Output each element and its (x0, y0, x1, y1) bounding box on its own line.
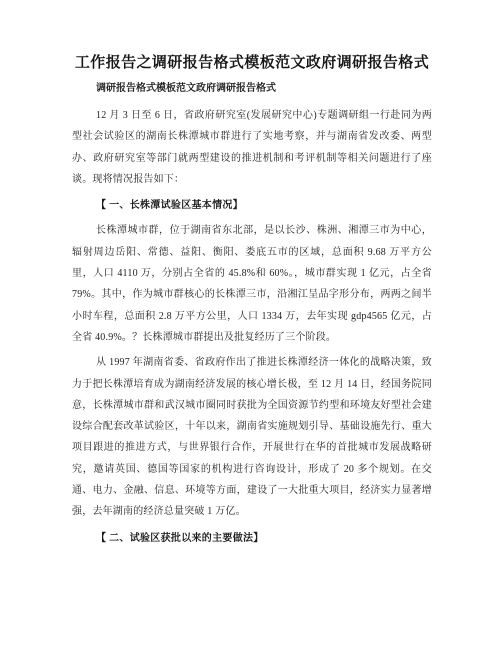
section-1-paragraph-1: 长株潭城市群，位于湖南省东北部，是以长沙、株洲、湘潭三市为中心，辐射周边岳阳、常… (72, 220, 432, 348)
document-page: 工作报告之调研报告格式模板范文政府调研报告格式 调研报告格式模板范文政府调研报告… (0, 0, 500, 647)
section-1-heading: 【 一、长株潭试验区基本情况】 (72, 195, 432, 216)
document-subtitle: 调研报告格式模板范文政府调研报告格式 (72, 78, 432, 99)
section-2-heading: 【 二、试验区获批以来的主要做法】 (72, 528, 432, 549)
document-title: 工作报告之调研报告格式模板范文政府调研报告格式 (72, 50, 432, 76)
section-1-paragraph-2: 从 1997 年湖南省委、省政府作出了推进长株潭经济一体化的战略决策，致力于把长… (72, 352, 432, 522)
intro-paragraph: 12 月 3 日至 6 日，省政府研究室(发展研究中心)专题调研组一行赴同为两型… (72, 105, 432, 190)
